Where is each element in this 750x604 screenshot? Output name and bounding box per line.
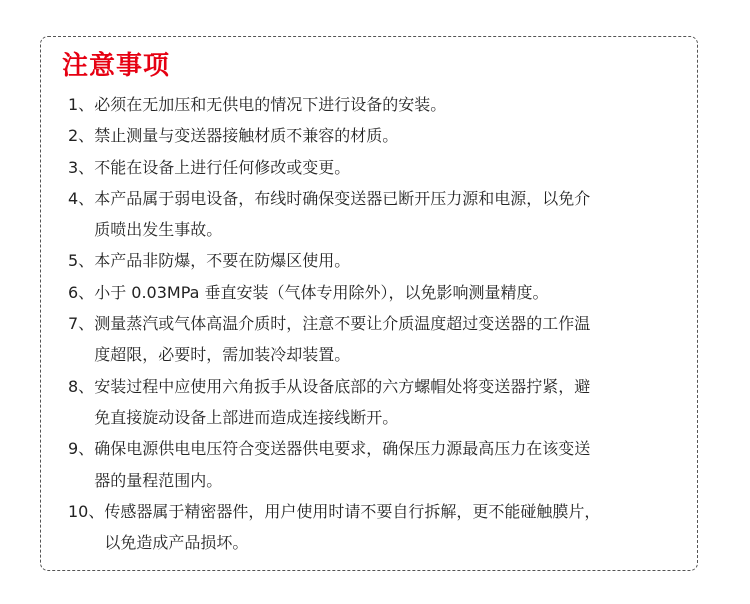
- item-number: 2、: [68, 120, 94, 151]
- item-line: 免直接旋动设备上部进而造成连接线断开。: [94, 402, 678, 433]
- notice-item-3: 3、 不能在设备上进行任何修改或变更。: [68, 152, 678, 183]
- notice-item-8: 8、 安装过程中应使用六角扳手从设备底部的六方螺帽处将变送器拧紧，避 免直接旋动…: [68, 371, 678, 434]
- item-number: 7、: [68, 308, 94, 339]
- notice-box: 注意事项 1、 必须在无加压和无供电的情况下进行设备的安装。 2、 禁止测量与变…: [40, 36, 698, 571]
- item-line: 测量蒸汽或气体高温介质时，注意不要让介质温度超过变送器的工作温: [94, 308, 678, 339]
- item-text: 安装过程中应使用六角扳手从设备底部的六方螺帽处将变送器拧紧，避 免直接旋动设备上…: [94, 371, 678, 434]
- item-text: 本产品属于弱电设备，布线时确保变送器已断开压力源和电源，以免介 质喷出发生事故。: [94, 183, 678, 246]
- item-line: 不能在设备上进行任何修改或变更。: [94, 152, 678, 183]
- item-text: 小于 0.03MPa 垂直安装（气体专用除外），以免影响测量精度。: [94, 277, 678, 308]
- item-line: 度超限，必要时，需加装冷却装置。: [94, 339, 678, 370]
- item-text: 测量蒸汽或气体高温介质时，注意不要让介质温度超过变送器的工作温 度超限，必要时，…: [94, 308, 678, 371]
- item-line: 质喷出发生事故。: [94, 214, 678, 245]
- notice-item-2: 2、 禁止测量与变送器接触材质不兼容的材质。: [68, 120, 678, 151]
- item-line: 本产品属于弱电设备，布线时确保变送器已断开压力源和电源，以免介: [94, 183, 678, 214]
- item-number: 5、: [68, 245, 94, 276]
- item-line: 确保电源供电电压符合变送器供电要求，确保压力源最高压力在该变送: [94, 433, 678, 464]
- notice-item-6: 6、 小于 0.03MPa 垂直安装（气体专用除外），以免影响测量精度。: [68, 277, 678, 308]
- notice-list: 1、 必须在无加压和无供电的情况下进行设备的安装。 2、 禁止测量与变送器接触材…: [68, 89, 678, 558]
- item-number: 6、: [68, 277, 94, 308]
- item-line: 传感器属于精密器件，用户使用时请不要自行拆解，更不能碰触膜片，: [104, 496, 678, 527]
- item-number: 10、: [68, 496, 104, 527]
- item-text: 确保电源供电电压符合变送器供电要求，确保压力源最高压力在该变送 器的量程范围内。: [94, 433, 678, 496]
- item-text: 必须在无加压和无供电的情况下进行设备的安装。: [94, 89, 678, 120]
- item-text: 传感器属于精密器件，用户使用时请不要自行拆解，更不能碰触膜片， 以免造成产品损坏…: [104, 496, 678, 559]
- item-number: 9、: [68, 433, 94, 464]
- item-line: 禁止测量与变送器接触材质不兼容的材质。: [94, 120, 678, 151]
- item-number: 1、: [68, 89, 94, 120]
- notice-item-7: 7、 测量蒸汽或气体高温介质时，注意不要让介质温度超过变送器的工作温 度超限，必…: [68, 308, 678, 371]
- notice-title: 注意事项: [62, 49, 170, 83]
- item-line: 必须在无加压和无供电的情况下进行设备的安装。: [94, 89, 678, 120]
- item-number: 3、: [68, 152, 94, 183]
- notice-item-10: 10、 传感器属于精密器件，用户使用时请不要自行拆解，更不能碰触膜片， 以免造成…: [68, 496, 678, 559]
- item-line: 小于 0.03MPa 垂直安装（气体专用除外），以免影响测量精度。: [94, 277, 678, 308]
- item-text: 禁止测量与变送器接触材质不兼容的材质。: [94, 120, 678, 151]
- item-line: 安装过程中应使用六角扳手从设备底部的六方螺帽处将变送器拧紧，避: [94, 371, 678, 402]
- item-line: 以免造成产品损坏。: [104, 527, 678, 558]
- notice-item-5: 5、 本产品非防爆，不要在防爆区使用。: [68, 245, 678, 276]
- item-line: 器的量程范围内。: [94, 465, 678, 496]
- notice-item-1: 1、 必须在无加压和无供电的情况下进行设备的安装。: [68, 89, 678, 120]
- item-line: 本产品非防爆，不要在防爆区使用。: [94, 245, 678, 276]
- item-number: 4、: [68, 183, 94, 214]
- notice-item-4: 4、 本产品属于弱电设备，布线时确保变送器已断开压力源和电源，以免介 质喷出发生…: [68, 183, 678, 246]
- item-number: 8、: [68, 371, 94, 402]
- item-text: 不能在设备上进行任何修改或变更。: [94, 152, 678, 183]
- notice-item-9: 9、 确保电源供电电压符合变送器供电要求，确保压力源最高压力在该变送 器的量程范…: [68, 433, 678, 496]
- item-text: 本产品非防爆，不要在防爆区使用。: [94, 245, 678, 276]
